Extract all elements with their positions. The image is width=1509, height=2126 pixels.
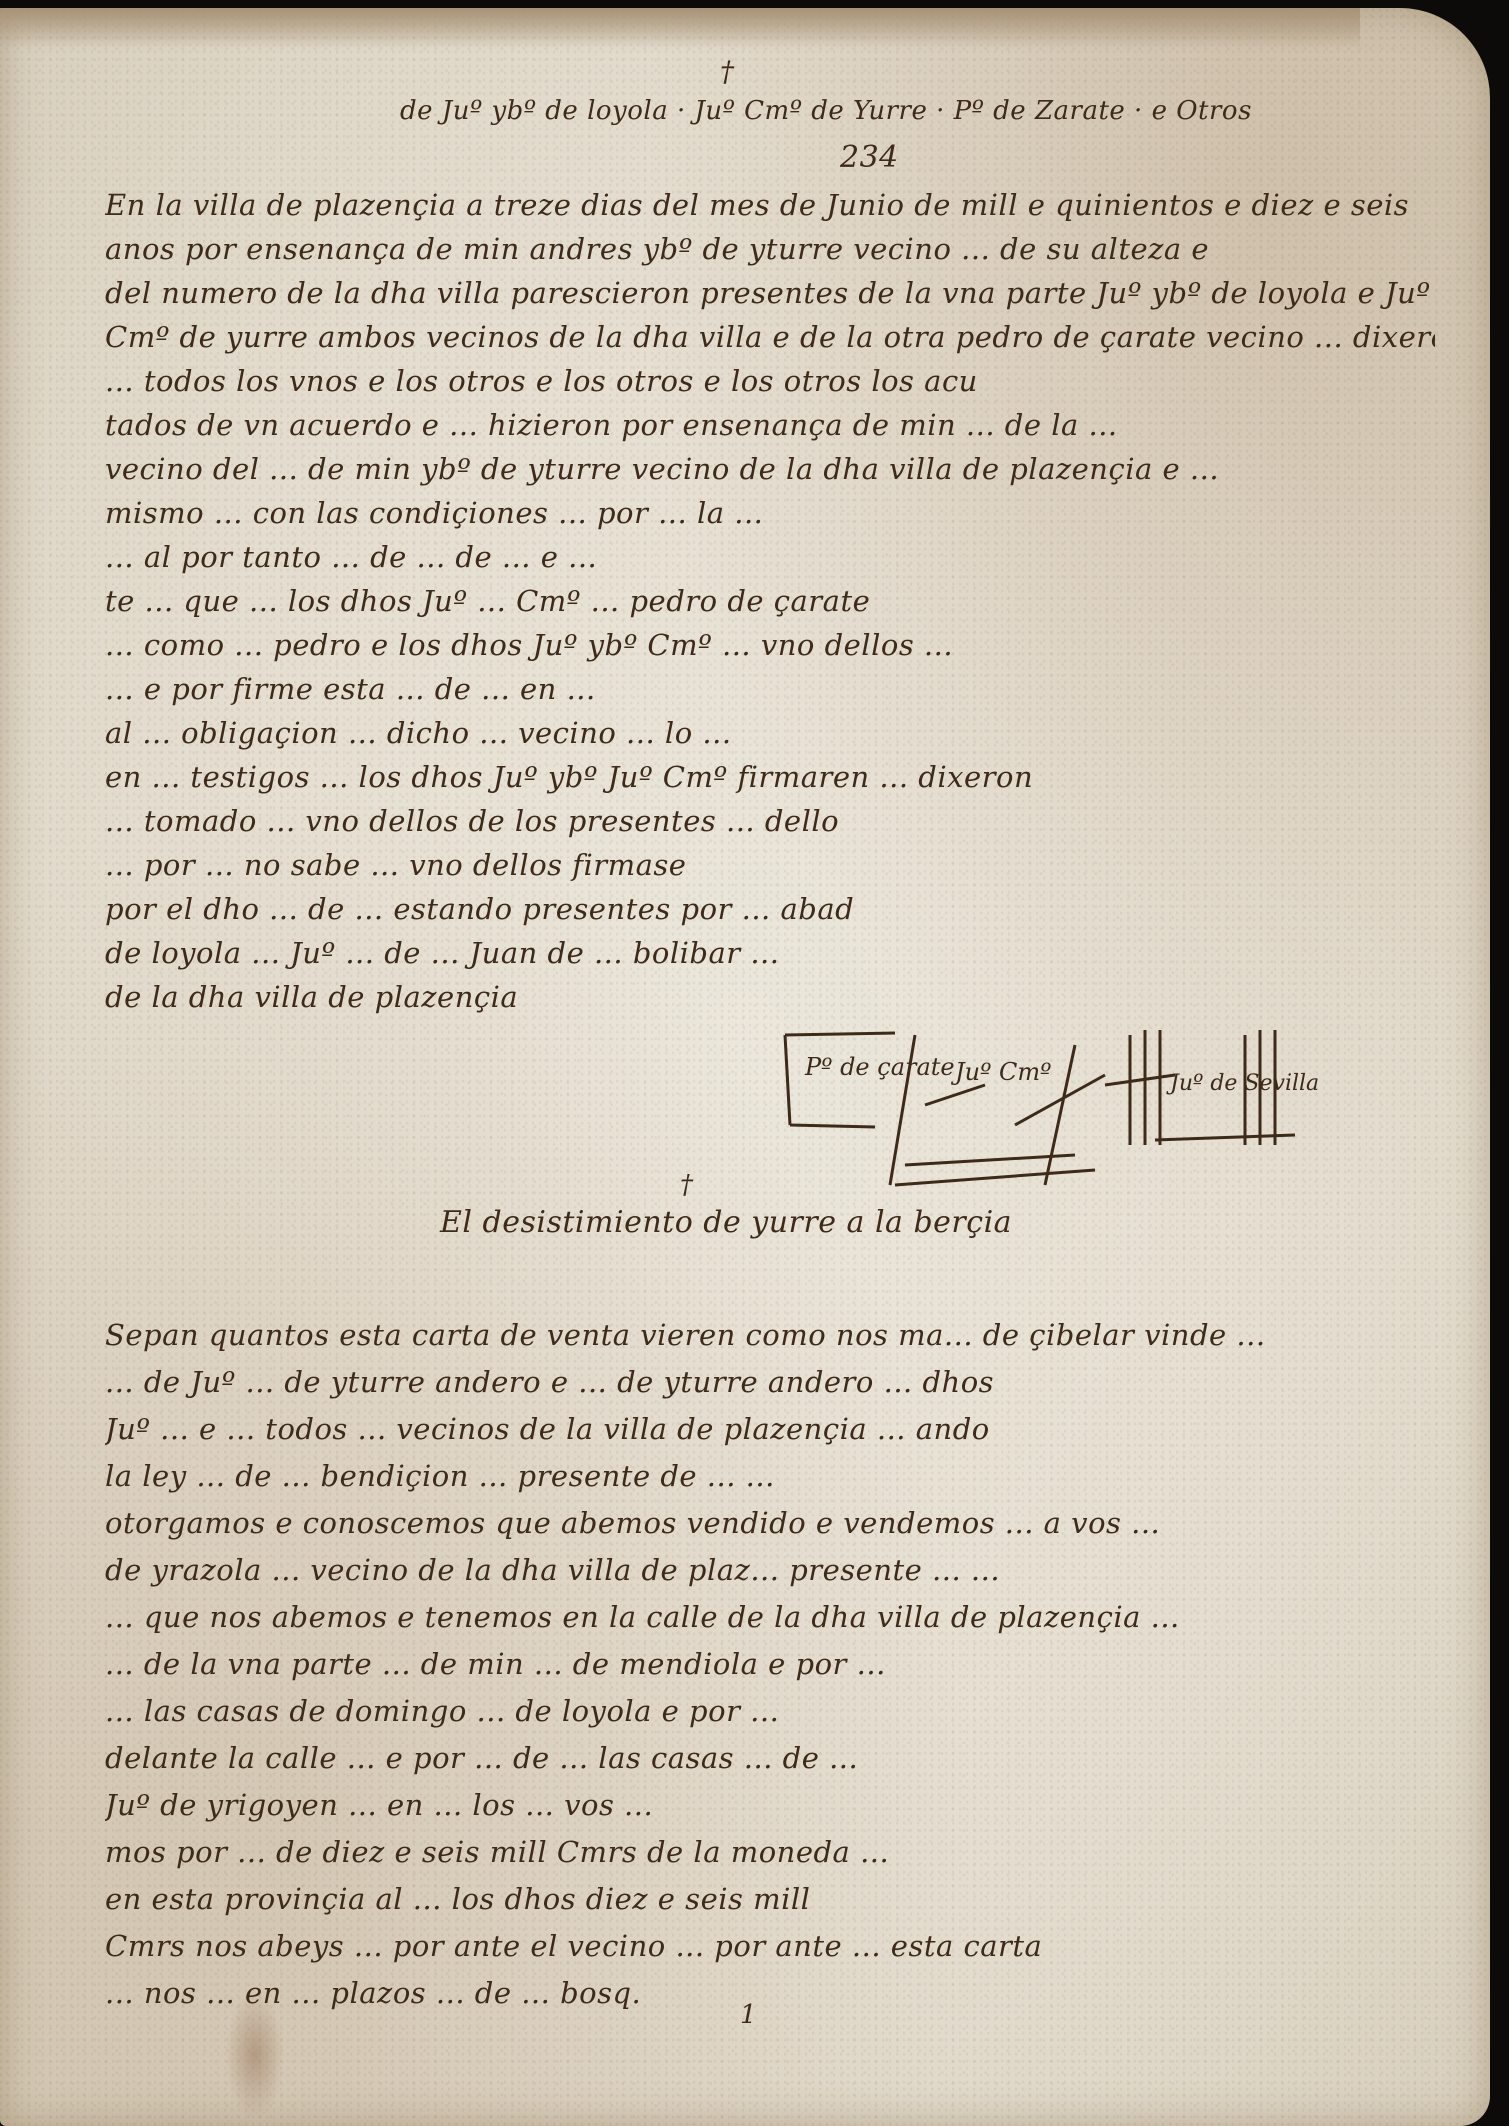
manuscript-line: al ... obligaçion ... dicho ... vecino .… xyxy=(105,716,1435,750)
manuscript-line: ... de la vna parte ... de min ... de me… xyxy=(105,1647,1435,1681)
manuscript-line: ... e por firme esta ... de ... en ... xyxy=(105,672,1435,706)
manuscript-line: Cmrs nos abeys ... por ante el vecino ..… xyxy=(105,1929,1435,1963)
manuscript-line: ... al por tanto ... de ... de ... e ... xyxy=(105,540,1435,574)
manuscript-line: por el dho ... de ... estando presentes … xyxy=(105,892,1435,926)
manuscript-line: anos por ensenança de min andres ybº de … xyxy=(105,232,1435,266)
manuscript-line: ... nos ... en ... plazos ... de ... bos… xyxy=(105,1976,1435,2010)
signature-1: Pº de çarate xyxy=(804,1053,955,1081)
manuscript-line: ... como ... pedro e los dhos Juº ybº Cm… xyxy=(105,628,1435,662)
manuscript-line: Juº de yrigoyen ... en ... los ... vos .… xyxy=(105,1788,1435,1822)
manuscript-line: Cmº de yurre ambos vecinos de la dha vil… xyxy=(105,320,1435,354)
manuscript-line: mos por ... de diez e seis mill Cmrs de … xyxy=(105,1835,1435,1869)
manuscript-line: vecino del ... de min ybº de yturre veci… xyxy=(105,452,1435,486)
section-title: El desistimiento de yurre a la berçia xyxy=(440,1205,1012,1240)
top-cross-mark: † xyxy=(720,55,735,88)
manuscript-line: ... que nos abemos e tenemos en la calle… xyxy=(105,1600,1435,1634)
page-foot-mark: 1 xyxy=(740,2000,757,2030)
manuscript-line: en ... testigos ... los dhos Juº ybº Juº… xyxy=(105,760,1435,794)
manuscript-line: del numero de la dha villa parescieron p… xyxy=(105,276,1435,310)
manuscript-line: Juº ... e ... todos ... vecinos de la vi… xyxy=(105,1412,1435,1446)
manuscript-line: te ... que ... los dhos Juº ... Cmº ... … xyxy=(105,584,1435,618)
manuscript-line: de loyola ... Juº ... de ... Juan de ...… xyxy=(105,936,1435,970)
manuscript-line: otorgamos e conoscemos que abemos vendid… xyxy=(105,1506,1435,1540)
mid-cross-mark: † xyxy=(680,1170,694,1200)
manuscript-line: de la dha villa de plazençia xyxy=(105,980,1435,1014)
manuscript-line: de yrazola ... vecino de la dha villa de… xyxy=(105,1553,1435,1587)
folio-number: 234 xyxy=(840,140,899,175)
manuscript-line: ... tomado ... vno dellos de los present… xyxy=(105,804,1435,838)
manuscript-line: ... las casas de domingo ... de loyola e… xyxy=(105,1694,1435,1728)
signature-2: Juº Cmº xyxy=(950,1058,1051,1086)
manuscript-line: ... todos los vnos e los otros e los otr… xyxy=(105,364,1435,398)
manuscript-line: En la villa de plazençia a treze dias de… xyxy=(105,188,1435,222)
manuscript-line: tados de vn acuerdo e ... hizieron por e… xyxy=(105,408,1435,442)
signatures-block: Pº de çarate Juº Cmº Juº de Sevilla xyxy=(775,1015,1475,1205)
document-header-line: de Juº ybº de loyola · Juº Cmº de Yurre … xyxy=(400,96,1252,126)
manuscript-line: mismo ... con las condiçiones ... por ..… xyxy=(105,496,1435,530)
manuscript-line: ... de Juº ... de yturre andero e ... de… xyxy=(105,1365,1435,1399)
manuscript-line: Sepan quantos esta carta de venta vieren… xyxy=(105,1318,1435,1352)
manuscript-line: ... por ... no sabe ... vno dellos firma… xyxy=(105,848,1435,882)
page-top-edge xyxy=(0,8,1360,48)
signature-3: Juº de Sevilla xyxy=(1166,1071,1319,1096)
manuscript-line: en esta provinçia al ... los dhos diez e… xyxy=(105,1882,1435,1916)
manuscript-line: delante la calle ... e por ... de ... la… xyxy=(105,1741,1435,1775)
manuscript-line: la ley ... de ... bendiçion ... presente… xyxy=(105,1459,1435,1493)
